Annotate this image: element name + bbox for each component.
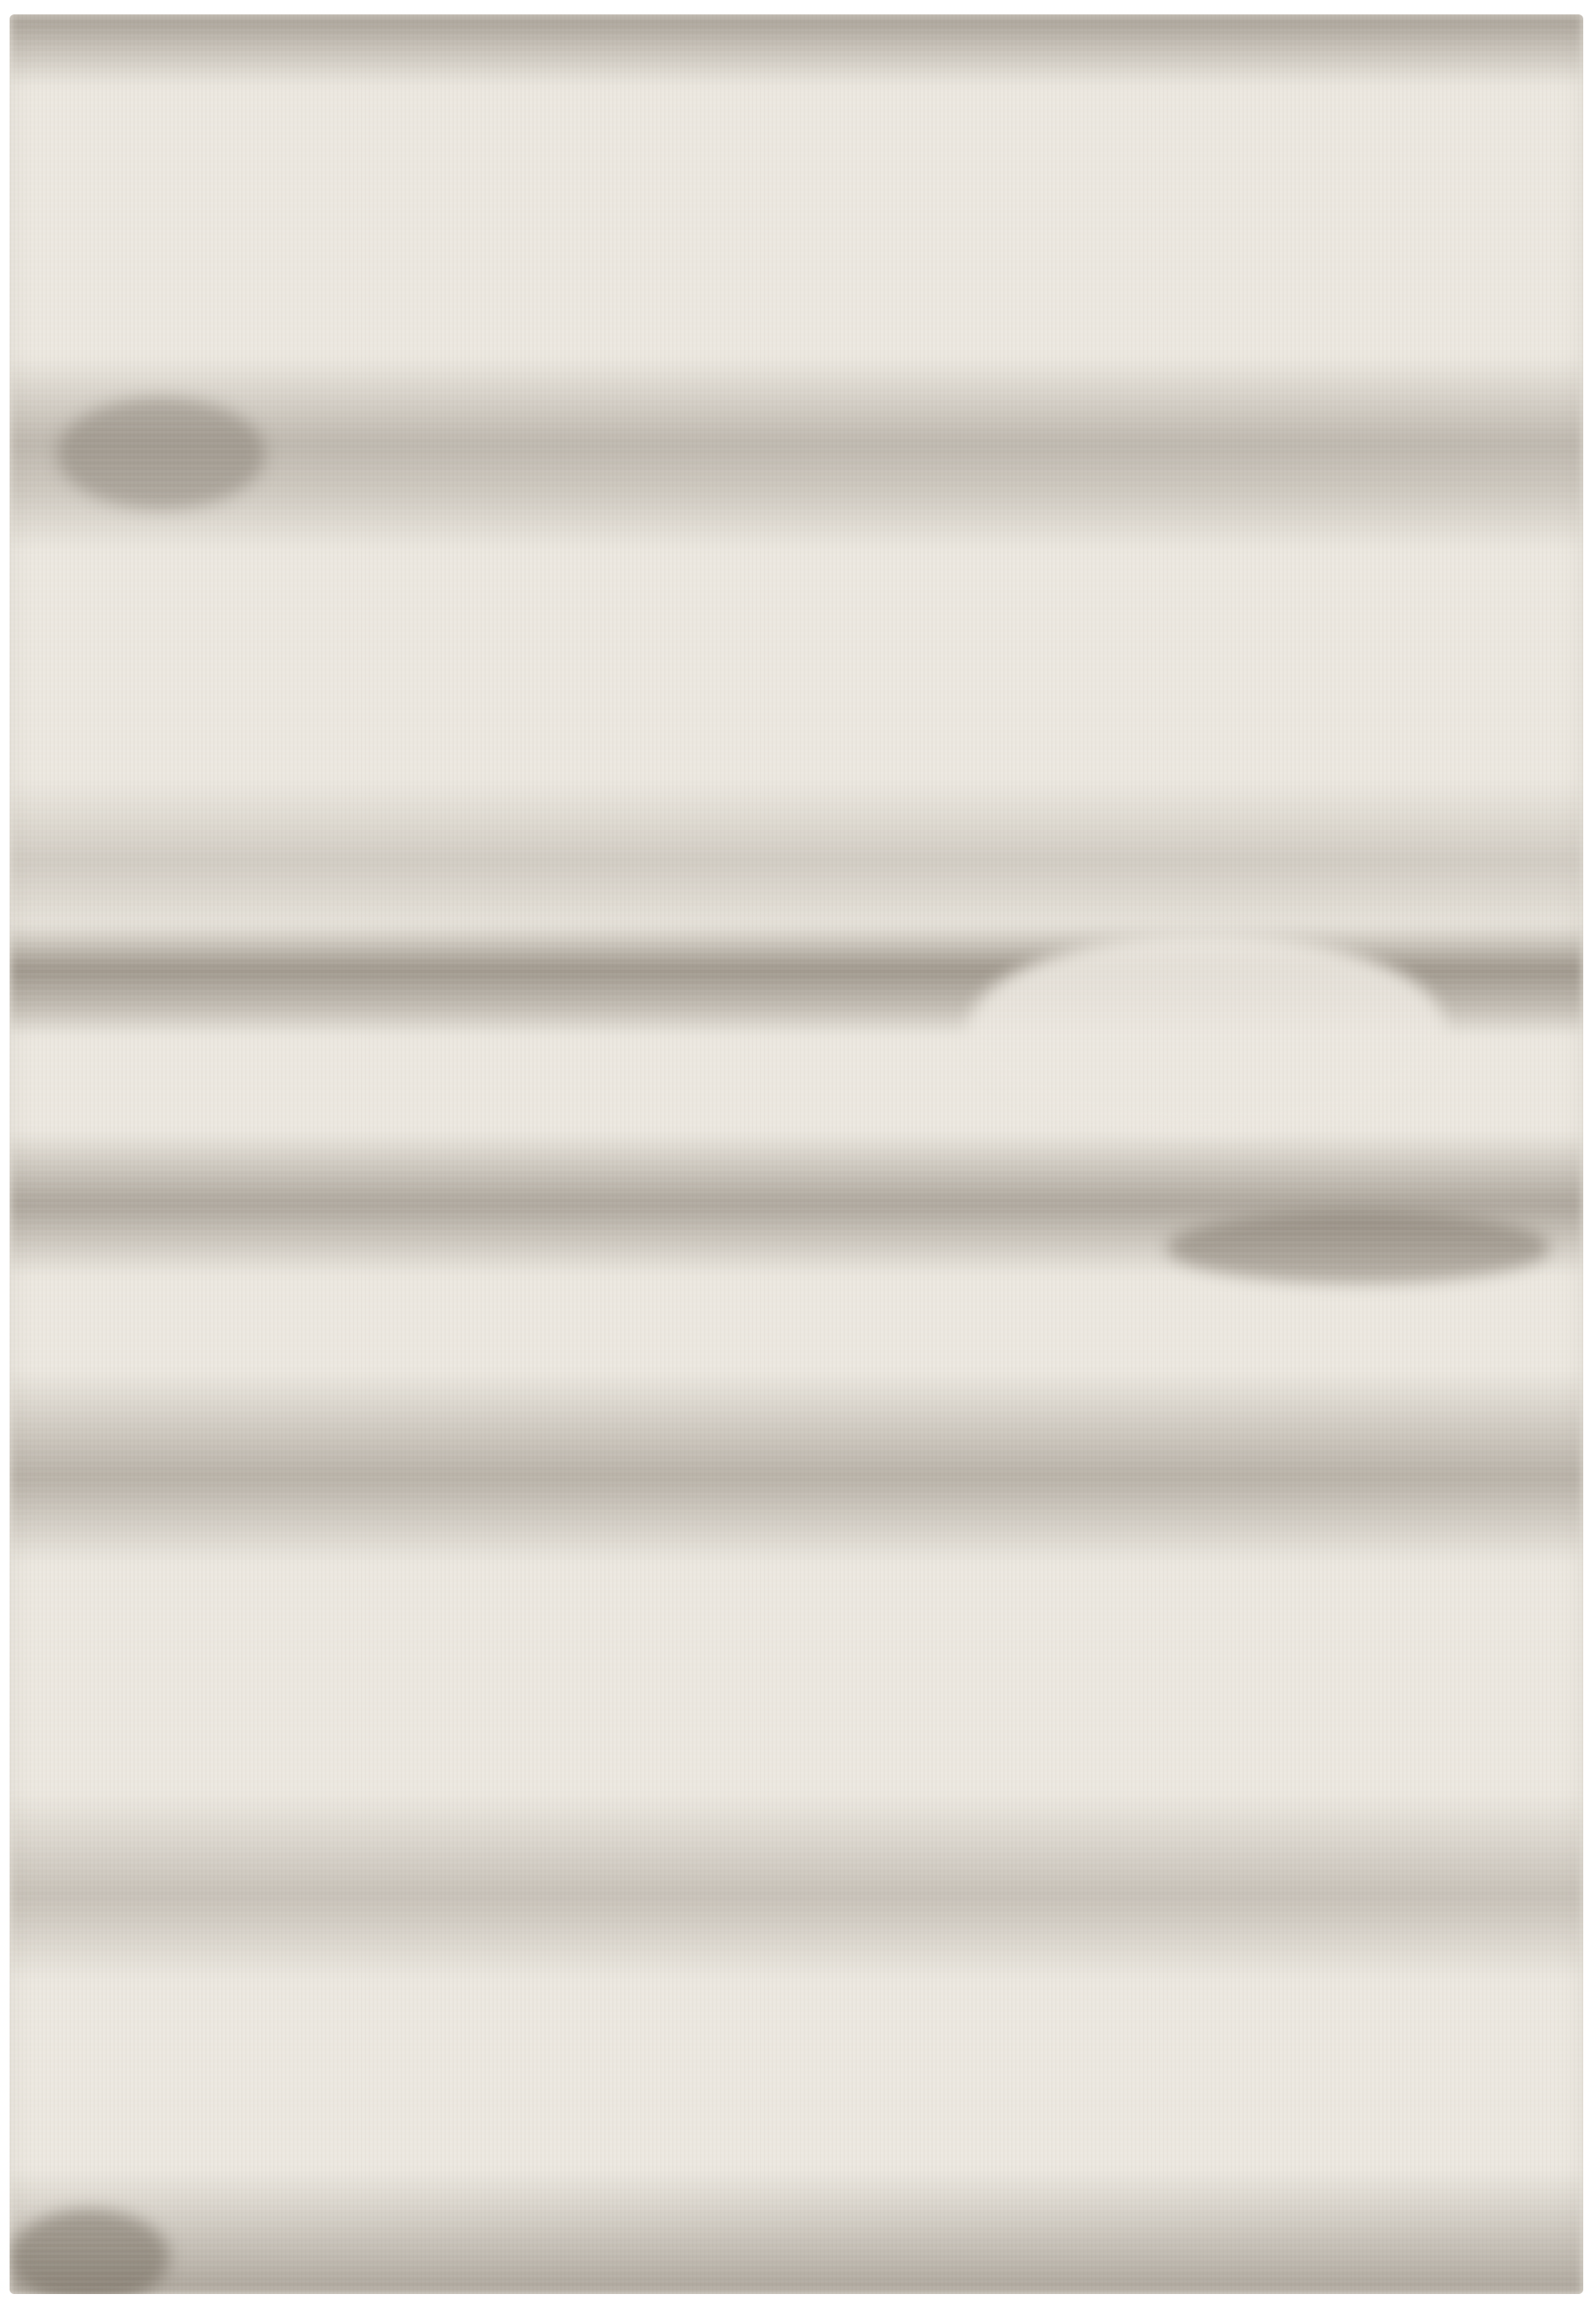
pattern-band [10,1794,1583,1978]
pattern-blot [967,932,1446,1132]
pattern-band [10,14,1583,86]
pattern-band [10,2170,1583,2294]
rug-photo [10,14,1583,2294]
pattern-blot [57,398,265,509]
pattern-band [10,781,1583,940]
pattern-band [10,1371,1583,1563]
pattern-blot [1167,1212,1550,1284]
